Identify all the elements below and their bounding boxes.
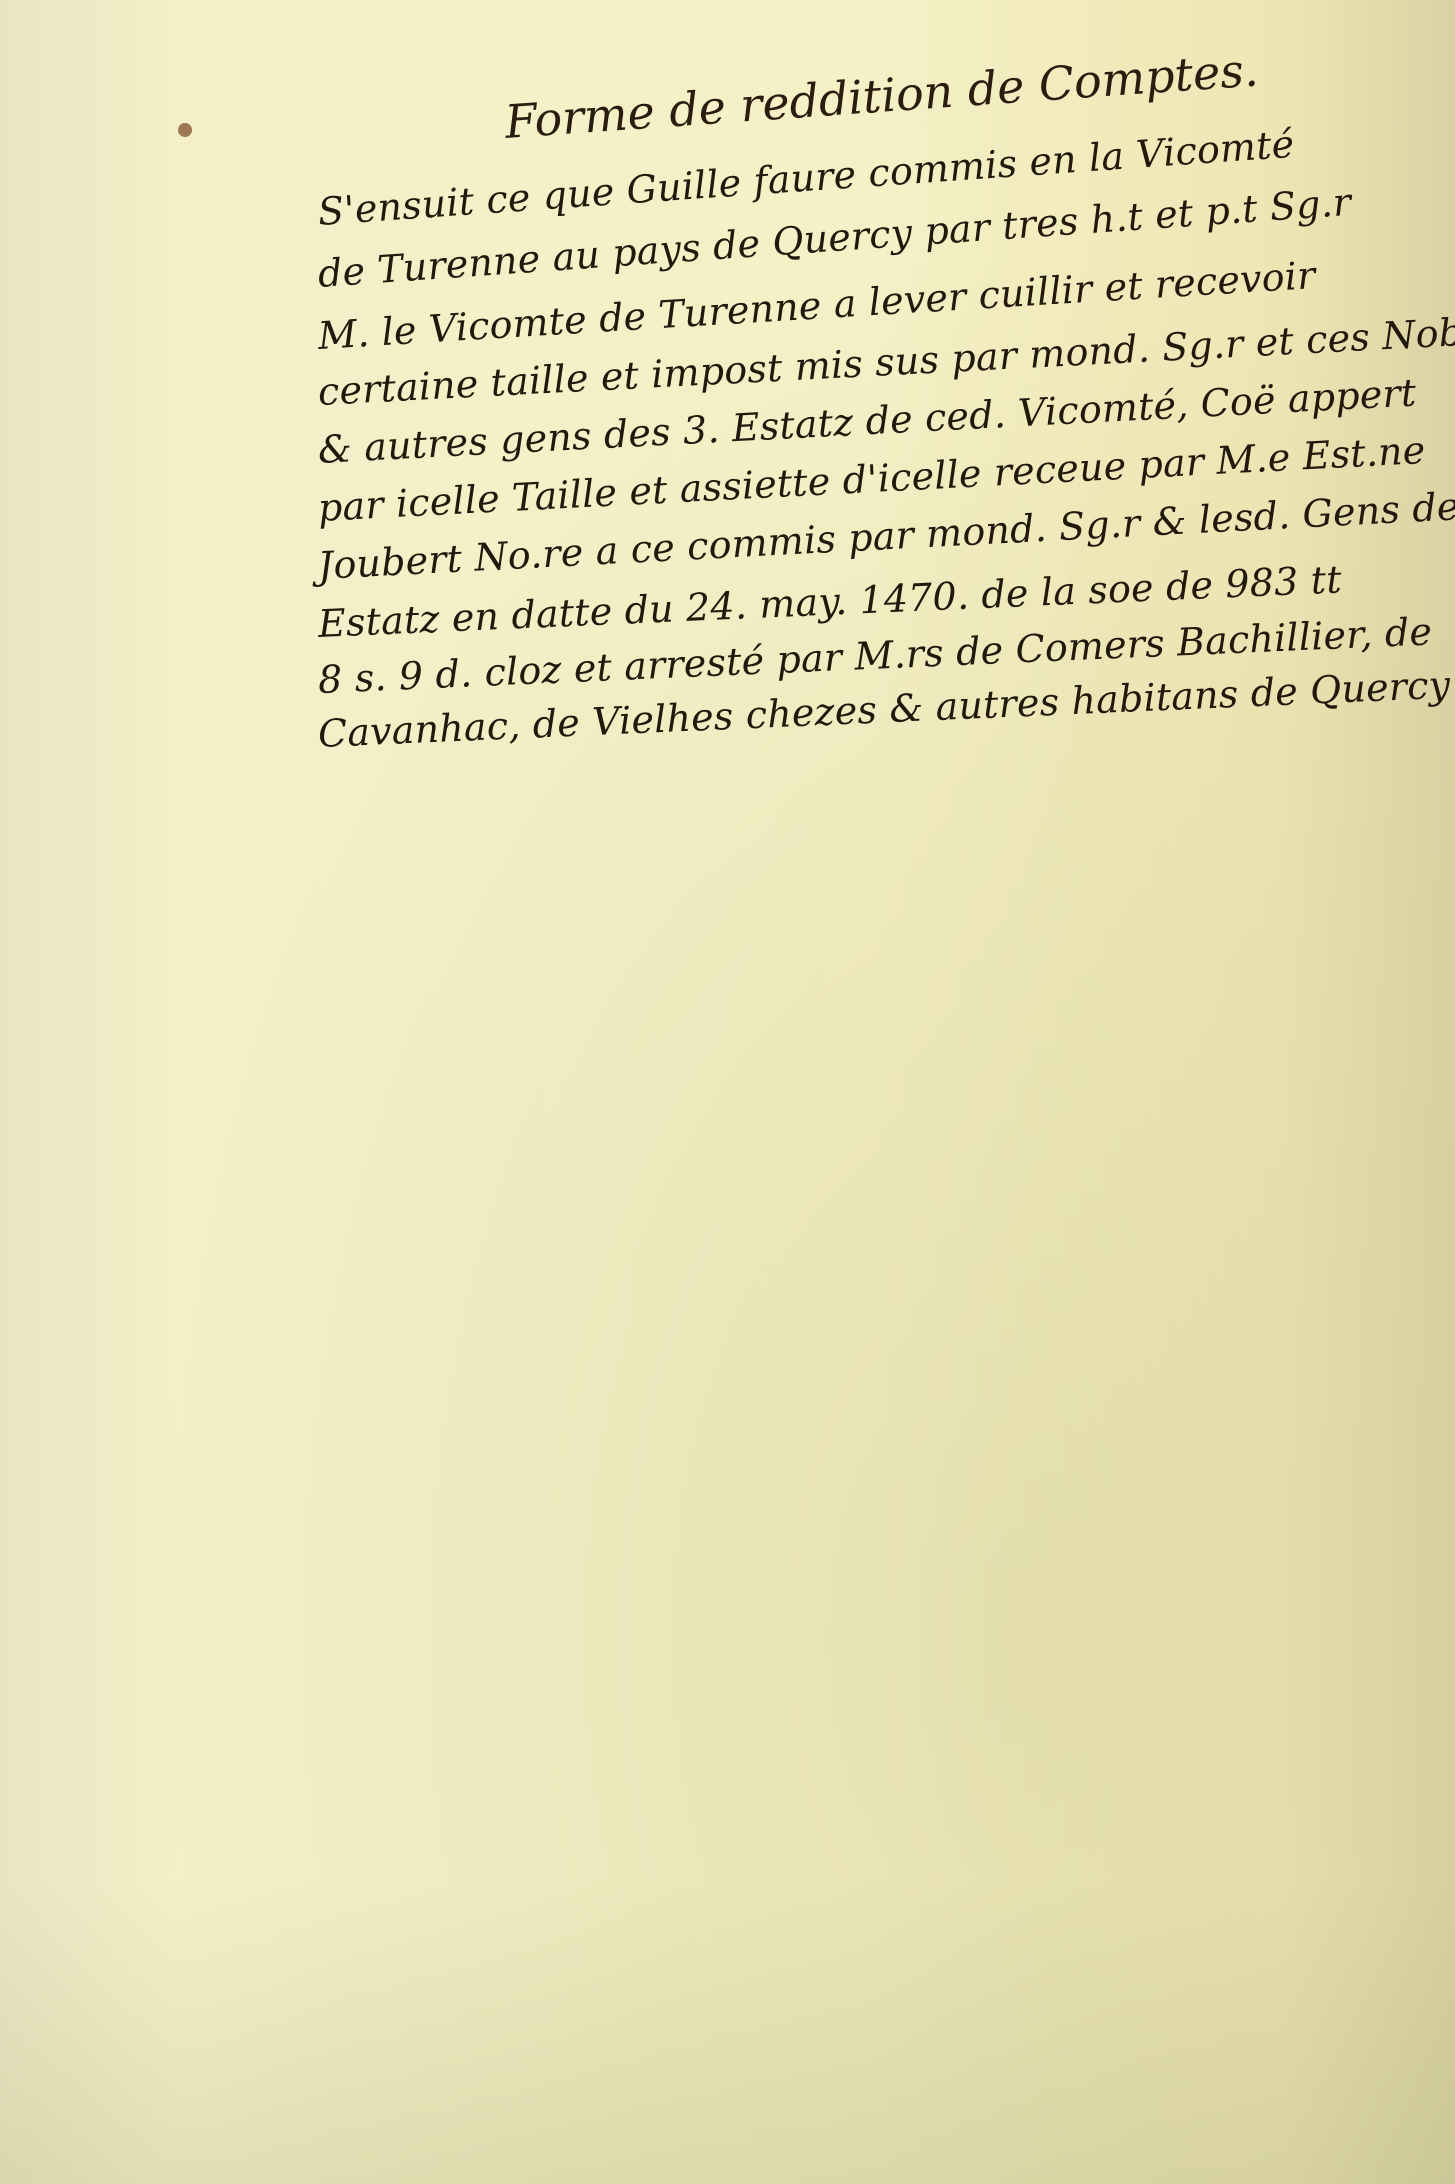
manuscript-page: Forme de reddition de Comptes. S'ensuit … bbox=[0, 0, 1455, 2184]
ink-stain bbox=[178, 123, 192, 137]
